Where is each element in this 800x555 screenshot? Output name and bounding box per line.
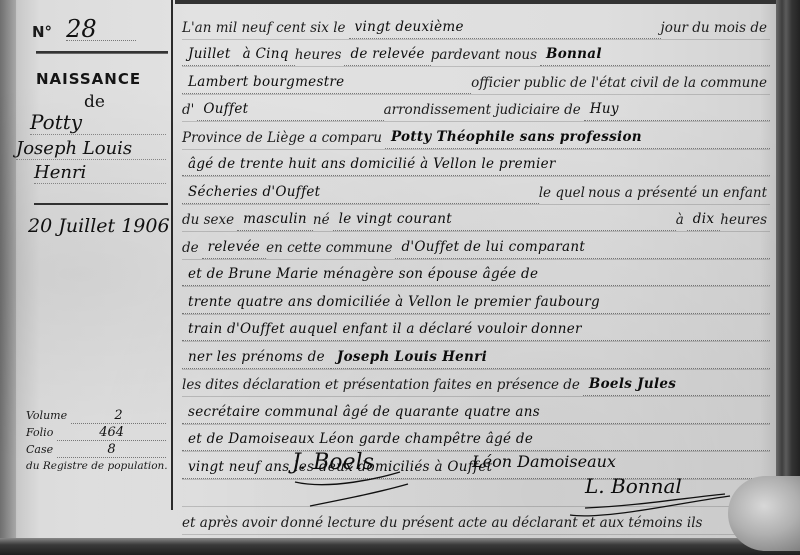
act-line: L'an mil neuf cent six le vingt deuxième… [182, 12, 770, 40]
handwritten-officer-title: Lambert bourgmestre [182, 74, 471, 94]
handwritten-commune: Ouffet [197, 101, 383, 121]
printed-text: né [313, 212, 333, 231]
printed-text: les dites déclaration et présentation fa… [182, 377, 583, 396]
child-surname: Potty [30, 110, 166, 135]
handwritten-sex: masculin [237, 211, 313, 231]
printed-text: jour du mois de [661, 20, 770, 39]
handwritten-time-of-day: de relevée [344, 46, 430, 66]
register-page: N° 28 NAISSANCE de Potty Joseph Louis He… [0, 0, 782, 548]
handwritten-witness-2: et de Damoiseaux Léon garde champêtre âg… [182, 431, 770, 451]
signature-flourish-icon [565, 490, 735, 520]
handwritten-declarant: Potty Théophile sans profession [385, 129, 770, 149]
act-line: Province de Liège a comparu Potty Théoph… [182, 122, 770, 150]
spine-shadow [0, 0, 16, 548]
case-row: Case 8 [26, 442, 166, 459]
handwritten-text: train d'Ouffet auquel enfant il a déclar… [182, 321, 770, 341]
act-number: N° 28 [32, 18, 136, 41]
register-footer: du Registre de population. [26, 460, 166, 472]
handwritten-text: trente quatre ans domiciliée à Vellon le… [182, 294, 770, 314]
printed-text: d' [182, 102, 197, 121]
printed-text: de [182, 240, 202, 259]
page-bottom-edge [0, 538, 800, 555]
heading-de: de [84, 92, 105, 112]
act-line: Sécheries d'Ouffet le quel nous a présen… [182, 177, 770, 205]
handwritten-mother: et de Brune Marie ménagère son épouse âg… [182, 266, 770, 286]
act-line: les dites déclaration et présentation fa… [182, 370, 770, 398]
handwritten-text: relevée [202, 239, 266, 259]
act-line: train d'Ouffet auquel enfant il a déclar… [182, 315, 770, 343]
handwritten-witness-1: Boels Jules [583, 376, 770, 396]
act-line: du sexe masculin né le vingt courant à d… [182, 205, 770, 233]
handwritten-officer-name: Bonnal [540, 46, 770, 66]
printed-text: arrondissement judiciaire de [384, 102, 584, 121]
act-number-label: N° [32, 23, 52, 41]
book-binding [776, 0, 800, 555]
printed-text: Province de Liège a comparu [182, 130, 385, 149]
act-line: de relevée en cette commune d'Ouffet de … [182, 232, 770, 260]
handwritten-child-names: Joseph Louis Henri [331, 349, 770, 369]
case-value: 8 [57, 442, 166, 458]
handwritten-month: Juillet [182, 46, 237, 66]
act-number-value: 28 [66, 18, 136, 41]
top-border-rule [175, 0, 780, 4]
population-register-reference: Volume 2 Folio 464 Case 8 du Registre de… [26, 408, 166, 472]
date-rule [34, 203, 168, 205]
folio-row: Folio 464 [26, 425, 166, 442]
thumb-holding-page [728, 476, 800, 551]
header-double-rule [36, 51, 168, 54]
naissance-heading: NAISSANCE [36, 70, 141, 88]
printed-text: L'an mil neuf cent six le [182, 20, 349, 39]
act-line: trente quatre ans domiciliée à Vellon le… [182, 287, 770, 315]
handwritten-text: d'Ouffet de lui comparant [395, 239, 770, 259]
folio-label: Folio [26, 426, 53, 439]
handwritten-hour: à Cinq [237, 46, 295, 66]
printed-text: heures [295, 47, 345, 66]
act-line: et de Damoiseaux Léon garde champêtre âg… [182, 425, 770, 453]
printed-text: pardevant nous [431, 47, 540, 66]
printed-text: du sexe [182, 212, 237, 231]
handwritten-text: Sécheries d'Ouffet [182, 184, 539, 204]
printed-text: heures [720, 212, 770, 231]
act-line: âgé de trente huit ans domicilié à Vello… [182, 150, 770, 178]
printed-text: nous a présenté un enfant [588, 185, 770, 204]
child-given-names-cont: Henri [34, 162, 166, 184]
handwritten-day: vingt deuxième [349, 19, 661, 39]
printed-text: officier public de l'état civil de la co… [471, 75, 770, 94]
volume-label: Volume [26, 409, 67, 422]
volume-row: Volume 2 [26, 408, 166, 425]
folio-value: 464 [57, 425, 166, 441]
act-line: secrétaire communal âgé de quarante quat… [182, 397, 770, 425]
handwritten-birth-day: le vingt courant [333, 211, 676, 231]
handwritten-birth-hour: dix [687, 211, 720, 231]
act-line: ner les prénoms de Joseph Louis Henri [182, 342, 770, 370]
printed-text: en cette commune [266, 240, 395, 259]
act-line: Juillet à Cinq heures de relevée pardeva… [182, 40, 770, 68]
volume-value: 2 [71, 408, 166, 424]
registration-date: 20 Juillet 1906 [28, 215, 170, 237]
act-line: et de Brune Marie ménagère son épouse âg… [182, 260, 770, 288]
act-line: Lambert bourgmestre officier public de l… [182, 67, 770, 95]
printed-text: à [676, 212, 687, 231]
signature-flourish-icon [290, 470, 410, 510]
handwritten-arrondissement: Huy [584, 101, 770, 121]
act-line: d' Ouffet arrondissement judiciaire de H… [182, 95, 770, 123]
case-label: Case [26, 443, 53, 456]
printed-text: le quel [539, 185, 588, 204]
handwritten-text: secrétaire communal âgé de quarante quat… [182, 404, 770, 424]
handwritten-text: ner les prénoms de [182, 349, 331, 369]
handwritten-text: âgé de trente huit ans domicilié à Vello… [182, 156, 770, 176]
signature-witness-2: Léon Damoiseaux [472, 452, 616, 471]
child-given-names: Joseph Louis [16, 138, 166, 160]
margin-divider-rule [171, 0, 173, 510]
